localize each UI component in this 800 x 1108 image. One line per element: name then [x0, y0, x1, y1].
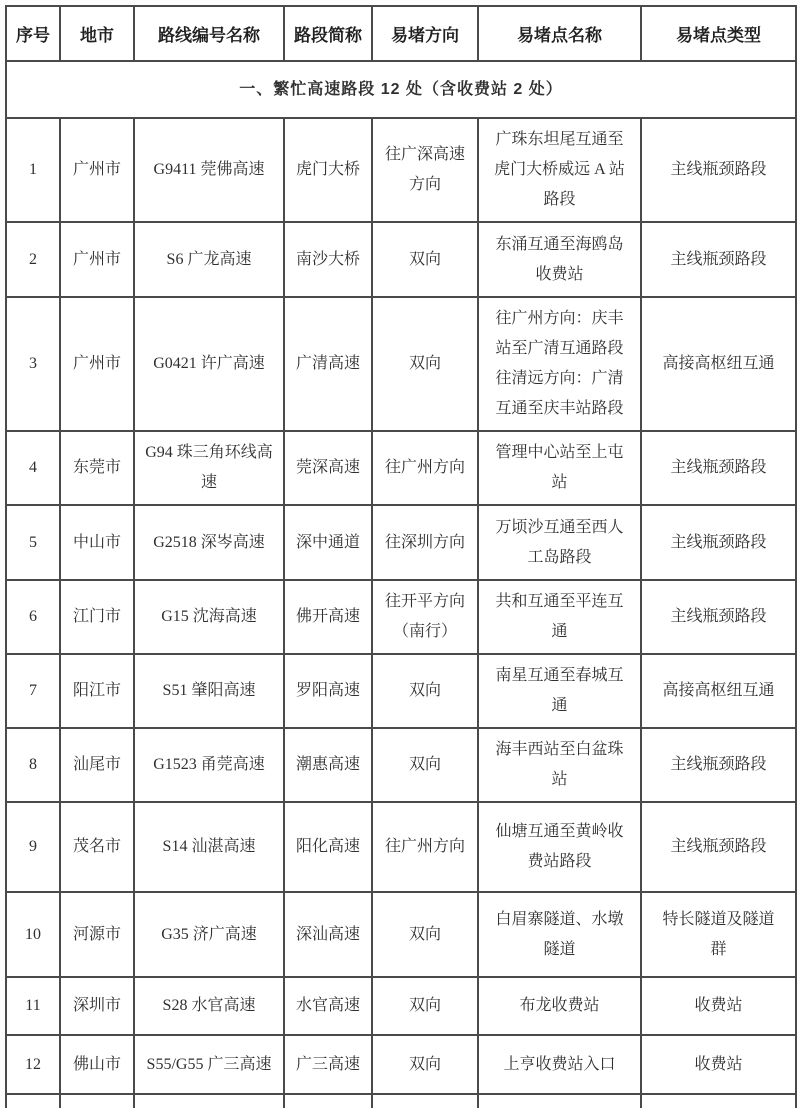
cell-city: 广州市	[60, 297, 134, 431]
cell-no: 10	[6, 892, 60, 977]
cell-route: G2518 深岑高速	[134, 505, 284, 580]
cell-point-type: 高接高枢纽互通	[641, 654, 796, 728]
table-row: 9 茂名市 S14 汕湛高速 阳化高速 往广州方向 仙塘互通至黄岭收费站路段 主…	[6, 802, 796, 892]
cell-direction: 往广深高速方向	[372, 118, 478, 222]
cell-no: 4	[6, 431, 60, 505]
cell-no: 7	[6, 654, 60, 728]
cell-point-type: 主线瓶颈路段	[641, 222, 796, 297]
cell-point-name: 白眉寨隧道、水墩隧道	[478, 892, 641, 977]
cell-city: 东莞市	[60, 431, 134, 505]
cell-no: 8	[6, 728, 60, 802]
cell-point-type: 主线瓶颈路段	[641, 802, 796, 892]
cell-point-type: 主线瓶颈路段	[641, 580, 796, 654]
table-row: 10 河源市 G35 济广高速 深汕高速 双向 白眉寨隧道、水墩隧道 特长隧道及…	[6, 892, 796, 977]
cell-route: S51 肇阳高速	[134, 654, 284, 728]
cell-route: S55/G55 广三高速	[134, 1035, 284, 1054]
cell-section: 广清高速	[284, 297, 372, 431]
cell-point-name: 南星互通至春城互通	[478, 654, 641, 728]
table-row: 5 中山市 G2518 深岑高速 深中通道 往深圳方向 万顷沙互通至西人工岛路段…	[6, 505, 796, 580]
cell-city: 茂名市	[60, 802, 134, 892]
cell-route: G1523 甬莞高速	[134, 728, 284, 802]
cell-no: 11	[6, 977, 60, 1035]
cell-city: 河源市	[60, 892, 134, 977]
cell-point-name: 万顷沙互通至西人工岛路段	[478, 505, 641, 580]
cell-no: 6	[6, 580, 60, 654]
cell-direction: 双向	[372, 977, 478, 1035]
cell-direction: 双向	[372, 1035, 478, 1054]
cell-point-name: 共和互通至平连互通	[478, 580, 641, 654]
cell-section: 深中通道	[284, 505, 372, 580]
table-header-row: 序号 地市 路线编号名称 路段简称 易堵方向 易堵点名称 易堵点类型	[6, 6, 796, 61]
cell-no: 3	[6, 297, 60, 431]
cell-route: S28 水官高速	[134, 977, 284, 1035]
cell-section: 深汕高速	[284, 892, 372, 977]
cell-point-type: 高接高枢纽互通	[641, 297, 796, 431]
col-header-route: 路线编号名称	[134, 6, 284, 61]
cell-section: 莞深高速	[284, 431, 372, 505]
cell-direction: 往开平方向（南行）	[372, 580, 478, 654]
cell-point-type: 主线瓶颈路段	[641, 118, 796, 222]
cell-section: 南沙大桥	[284, 222, 372, 297]
cell-no: 9	[6, 802, 60, 892]
col-header-point-name: 易堵点名称	[478, 6, 641, 61]
cell-point-type: 主线瓶颈路段	[641, 728, 796, 802]
table-row: 6 江门市 G15 沈海高速 佛开高速 往开平方向（南行） 共和互通至平连互通 …	[6, 580, 796, 654]
cell-point-name: 东涌互通至海鸥岛收费站	[478, 222, 641, 297]
cell-section: 阳化高速	[284, 802, 372, 892]
cell-city: 深圳市	[60, 977, 134, 1035]
cell-point-type: 特长隧道及隧道群	[641, 892, 796, 977]
cell-city: 广州市	[60, 118, 134, 222]
table-row: 2 广州市 S6 广龙高速 南沙大桥 双向 东涌互通至海鸥岛收费站 主线瓶颈路段	[6, 222, 796, 297]
table-row: 11 深圳市 S28 水官高速 水官高速 双向 布龙收费站 收费站	[6, 977, 796, 1035]
table-row: 8 汕尾市 G1523 甬莞高速 潮惠高速 双向 海丰西站至白盆珠站 主线瓶颈路…	[6, 728, 796, 802]
cell-route: S14 汕湛高速	[134, 802, 284, 892]
section-title: 一、繁忙高速路段 12 处（含收费站 2 处）	[6, 61, 796, 118]
cell-direction: 双向	[372, 728, 478, 802]
cell-point-name: 广珠东坦尾互通至虎门大桥威远 A 站路段	[478, 118, 641, 222]
cell-point-name: 海丰西站至白盆珠站	[478, 728, 641, 802]
cell-no: 1	[6, 118, 60, 222]
cell-direction: 双向	[372, 892, 478, 977]
cell-section: 潮惠高速	[284, 728, 372, 802]
cell-point-name: 布龙收费站	[478, 977, 641, 1035]
table-row: 12 佛山市 S55/G55 广三高速 广三高速 双向 上亨收费站入口 收费站	[6, 1035, 796, 1054]
congestion-table: 序号 地市 路线编号名称 路段简称 易堵方向 易堵点名称 易堵点类型 一、繁忙高…	[5, 5, 797, 1054]
cell-point-type: 收费站	[641, 1035, 796, 1054]
cell-city: 佛山市	[60, 1035, 134, 1054]
cell-direction: 往深圳方向	[372, 505, 478, 580]
cell-point-name: 上亨收费站入口	[478, 1035, 641, 1054]
cell-point-type: 主线瓶颈路段	[641, 431, 796, 505]
cell-city: 广州市	[60, 222, 134, 297]
cell-section: 虎门大桥	[284, 118, 372, 222]
cell-point-name: 往广州方向：庆丰站至广清互通路段 往清远方向：广清互通至庆丰站路段	[478, 297, 641, 431]
cell-point-name: 仙塘互通至黄岭收费站路段	[478, 802, 641, 892]
cell-route: G94 珠三角环线高速	[134, 431, 284, 505]
cell-section: 佛开高速	[284, 580, 372, 654]
cell-point-type: 收费站	[641, 977, 796, 1035]
cell-route: G0421 许广高速	[134, 297, 284, 431]
col-header-direction: 易堵方向	[372, 6, 478, 61]
col-header-city: 地市	[60, 6, 134, 61]
cell-no: 2	[6, 222, 60, 297]
cell-city: 汕尾市	[60, 728, 134, 802]
table-row: 7 阳江市 S51 肇阳高速 罗阳高速 双向 南星互通至春城互通 高接高枢纽互通	[6, 654, 796, 728]
cell-section: 水官高速	[284, 977, 372, 1035]
cell-direction: 往广州方向	[372, 802, 478, 892]
cell-direction: 双向	[372, 654, 478, 728]
table-row: 4 东莞市 G94 珠三角环线高速 莞深高速 往广州方向 管理中心站至上屯站 主…	[6, 431, 796, 505]
cell-point-name: 管理中心站至上屯站	[478, 431, 641, 505]
col-header-section: 路段简称	[284, 6, 372, 61]
cell-no: 5	[6, 505, 60, 580]
congestion-table-container: 序号 地市 路线编号名称 路段简称 易堵方向 易堵点名称 易堵点类型 一、繁忙高…	[5, 5, 795, 1054]
col-header-point-type: 易堵点类型	[641, 6, 796, 61]
cell-section: 罗阳高速	[284, 654, 372, 728]
cell-route: G9411 莞佛高速	[134, 118, 284, 222]
cell-route: G15 沈海高速	[134, 580, 284, 654]
table-row: 3 广州市 G0421 许广高速 广清高速 双向 往广州方向：庆丰站至广清互通路…	[6, 297, 796, 431]
cell-city: 阳江市	[60, 654, 134, 728]
cell-no: 12	[6, 1035, 60, 1054]
table-row: 1 广州市 G9411 莞佛高速 虎门大桥 往广深高速方向 广珠东坦尾互通至虎门…	[6, 118, 796, 222]
section-header-row: 一、繁忙高速路段 12 处（含收费站 2 处）	[6, 61, 796, 118]
cell-route: G35 济广高速	[134, 892, 284, 977]
col-header-index: 序号	[6, 6, 60, 61]
cell-direction: 往广州方向	[372, 431, 478, 505]
cell-route: S6 广龙高速	[134, 222, 284, 297]
cell-direction: 双向	[372, 222, 478, 297]
cell-section: 广三高速	[284, 1035, 372, 1054]
cell-city: 中山市	[60, 505, 134, 580]
cell-city: 江门市	[60, 580, 134, 654]
cell-direction: 双向	[372, 297, 478, 431]
cell-point-type: 主线瓶颈路段	[641, 505, 796, 580]
